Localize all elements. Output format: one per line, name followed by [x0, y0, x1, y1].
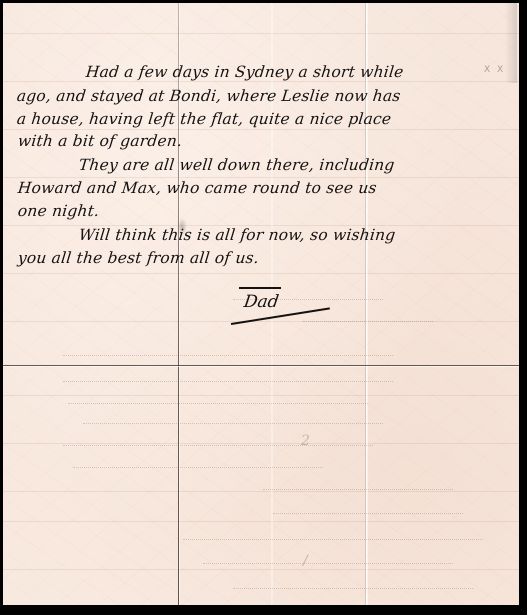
letter-paper: 2 / X X Had a few days in Sydney a short… — [3, 3, 519, 605]
ruled-line — [3, 33, 519, 34]
bleed-through-writing — [83, 423, 383, 425]
signature: Dad — [243, 292, 280, 312]
bleed-through-writing — [68, 403, 368, 405]
letter-line: Howard and Max, who came round to see us — [17, 181, 377, 197]
scan-frame: 2 / X X Had a few days in Sydney a short… — [0, 0, 527, 615]
letter-line: one night. — [17, 204, 100, 220]
ruled-line — [3, 521, 519, 522]
bleed-through-writing — [203, 563, 453, 565]
letter-line: a house, having left the flat, quite a n… — [16, 112, 392, 128]
bleed-through-writing — [63, 381, 393, 383]
bleed-through-writing — [183, 539, 483, 541]
letter-line: Had a few days in Sydney a short while — [85, 65, 404, 81]
ruled-line — [3, 81, 519, 82]
paper-crease — [505, 3, 517, 83]
bleed-through-writing — [63, 445, 373, 447]
letter-line: Will think this is all for now, so wishi… — [78, 228, 396, 244]
ruled-line — [3, 395, 519, 396]
bleed-through-writing — [73, 467, 323, 469]
signature-block: Dad — [229, 283, 339, 333]
horizontal-fold-line — [3, 365, 519, 366]
ruled-line — [3, 491, 519, 492]
bleed-through-mark: / — [303, 553, 308, 569]
ruled-line — [3, 177, 519, 178]
ruled-line — [3, 443, 519, 444]
corner-mark: X X — [484, 65, 505, 75]
letter-line: ago, and stayed at Bondi, where Leslie n… — [16, 89, 401, 105]
ruled-line — [3, 129, 519, 130]
bleed-through-mark: 2 — [301, 433, 310, 449]
ruled-line — [3, 569, 519, 570]
bleed-through-writing — [63, 355, 393, 357]
bleed-through-writing — [233, 588, 473, 590]
letter-line: you all the best from all of us. — [17, 251, 260, 267]
signature-overline — [239, 287, 281, 289]
letter-line: with a bit of garden. — [17, 134, 183, 150]
bleed-through-writing — [263, 489, 453, 491]
ruled-line — [3, 273, 519, 274]
bleed-through-writing — [273, 513, 463, 515]
letter-line: They are all well down there, including — [78, 158, 395, 174]
